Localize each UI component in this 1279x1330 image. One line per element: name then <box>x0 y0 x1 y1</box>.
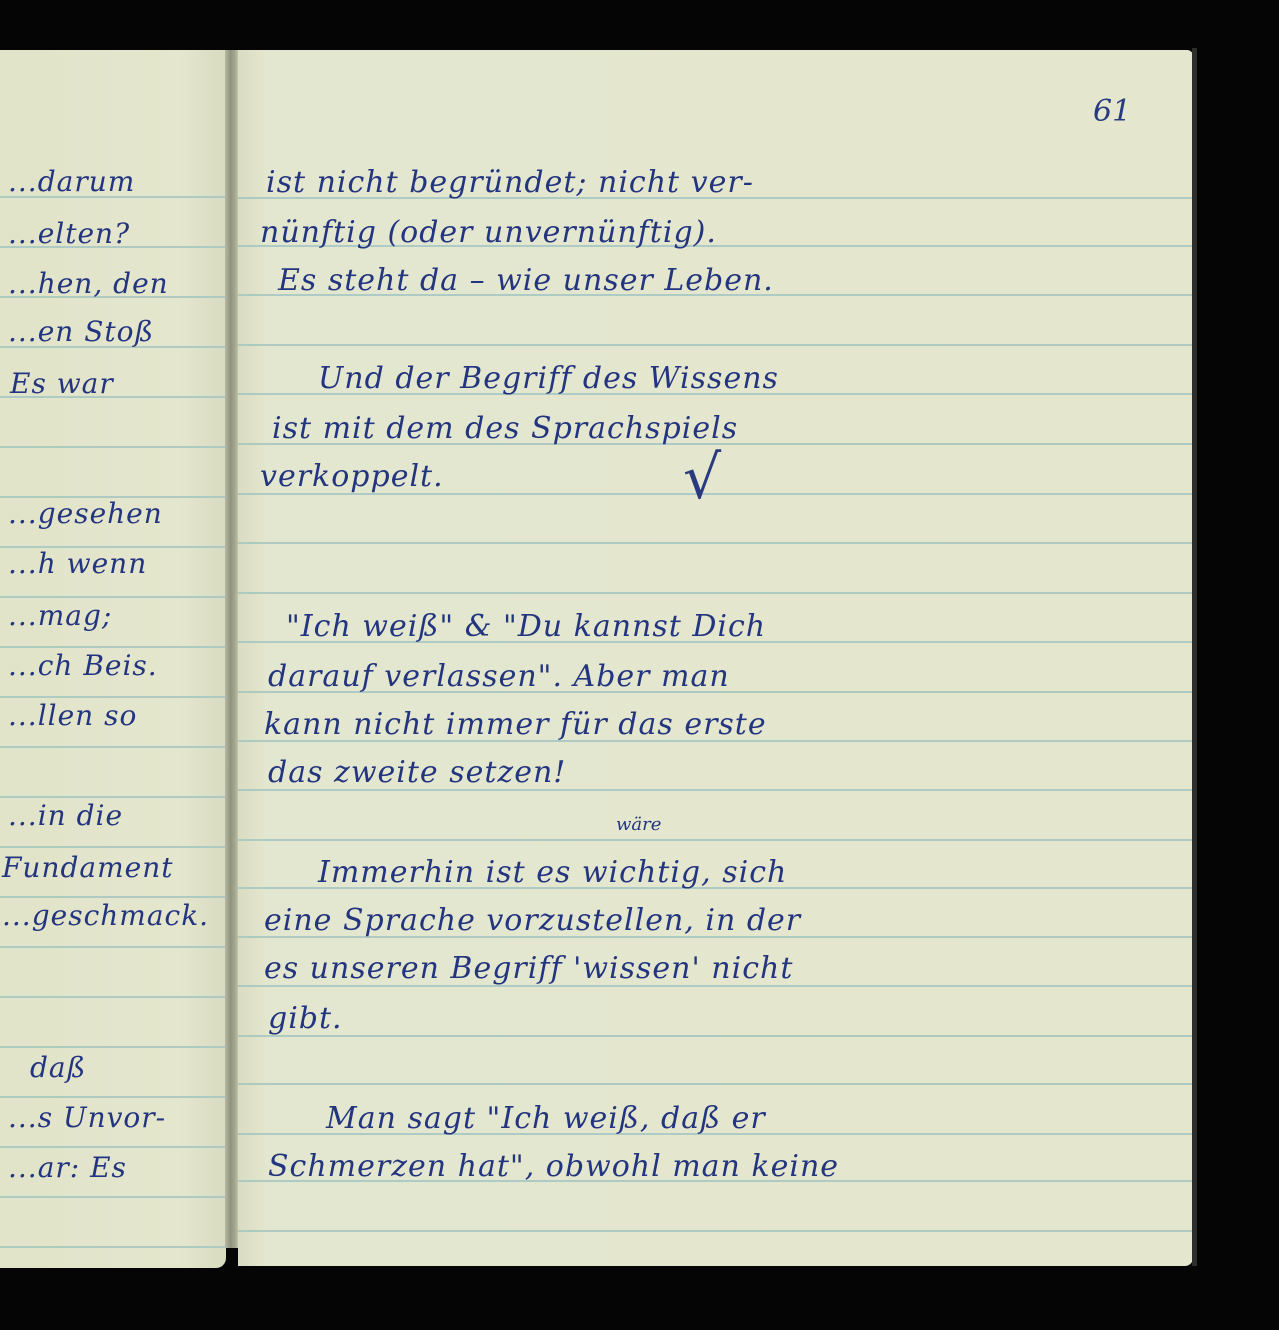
text-line: verkoppelt. <box>260 462 444 492</box>
page-number: 61 <box>1093 94 1131 129</box>
ruled-line <box>238 344 1193 346</box>
left-line: ...ch Beis. <box>8 652 158 680</box>
interlinear-insertion: wäre <box>616 814 661 835</box>
left-line: ...gesehen <box>8 500 163 528</box>
text-line: Man sagt "Ich weiß, daß er <box>326 1104 766 1134</box>
text-line: ist mit dem des Sprachspiels <box>272 414 738 444</box>
text-line: Immerhin ist es wichtig, sich <box>318 858 787 888</box>
left-line: ...llen so <box>8 702 137 730</box>
ruled-line <box>0 1246 226 1248</box>
ruled-line <box>238 1230 1193 1232</box>
text-line: "Ich weiß" & "Du kannst Dich <box>286 612 766 642</box>
notebook-spread: ...darum ...elten? ...hen, den ...en Sto… <box>0 0 1279 1330</box>
ruled-line <box>0 596 226 598</box>
left-line: ...ar: Es <box>8 1154 127 1182</box>
ruled-line <box>238 1083 1193 1085</box>
left-line: Fundament <box>2 854 174 882</box>
ruled-line <box>0 1196 226 1198</box>
text-line: das zweite setzen! <box>268 758 566 788</box>
left-page: ...darum ...elten? ...hen, den ...en Sto… <box>0 50 226 1268</box>
text-line: Schmerzen hat", obwohl man keine <box>268 1152 839 1182</box>
left-line: ...in die <box>8 802 123 830</box>
ruled-line <box>0 946 226 948</box>
left-line: ...hen, den <box>8 270 169 298</box>
ruled-line <box>0 1096 226 1098</box>
ruled-line <box>0 796 226 798</box>
ruled-line <box>0 696 226 698</box>
left-line: ...mag; <box>8 602 112 630</box>
insertion-check-mark: √ <box>683 448 721 508</box>
ruled-line <box>238 542 1193 544</box>
text-line: nünftig (oder unvernünftig). <box>260 218 717 248</box>
text-line: eine Sprache vorzustellen, in der <box>264 906 801 936</box>
text-line: ist nicht begründet; nicht ver- <box>266 168 754 198</box>
ruled-line <box>238 839 1193 841</box>
text-line: darauf verlassen". Aber man <box>268 662 730 692</box>
left-line: ...s Unvor- <box>8 1104 166 1132</box>
ruled-line <box>0 896 226 898</box>
left-line: ...elten? <box>8 220 130 248</box>
left-line: Es war <box>10 370 114 398</box>
ruled-line <box>238 1035 1193 1037</box>
right-page: 61 ist nicht begründet; nicht ver- nünft… <box>238 50 1193 1266</box>
ruled-line <box>0 846 226 848</box>
left-line: daß <box>30 1054 86 1082</box>
left-line: ...geschmack. <box>2 902 209 930</box>
notebook-cover-edge <box>1192 48 1197 1266</box>
text-line: Es steht da – wie unser Leben. <box>278 266 774 296</box>
ruled-line <box>0 996 226 998</box>
ruled-line <box>0 1046 226 1048</box>
text-line: es unseren Begriff 'wissen' nicht <box>264 954 793 984</box>
ruled-line <box>0 746 226 748</box>
text-line: kann nicht immer für das erste <box>264 710 767 740</box>
left-line: ...en Stoß <box>8 318 154 346</box>
text-line: gibt. <box>268 1004 343 1034</box>
ruled-line <box>0 646 226 648</box>
notebook-gutter <box>225 50 239 1248</box>
ruled-line <box>0 446 226 448</box>
ruled-line <box>0 1146 226 1148</box>
left-line: ...h wenn <box>8 550 147 578</box>
left-line: ...darum <box>8 168 135 196</box>
text-line: Und der Begriff des Wissens <box>318 364 779 394</box>
ruled-line <box>238 592 1193 594</box>
